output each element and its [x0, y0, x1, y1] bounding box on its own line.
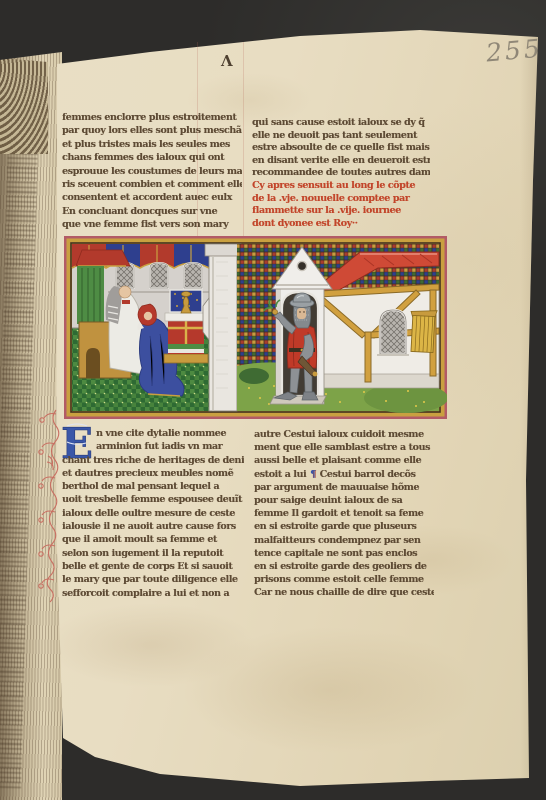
dividing-wall-buttress	[203, 244, 241, 411]
text-line: autre Cestui ialoux cuidoit mesme	[254, 428, 434, 441]
text-span: estoit a lui	[254, 469, 309, 480]
text-line: que vne femme fist vers son mary	[62, 218, 242, 231]
text-line: estoit a lui ¶ Cestui barrol decõs	[254, 468, 434, 481]
rubric-red-text: Cy apres sensuit au long le cõptede la .…	[252, 180, 430, 230]
text-line: femme Il gardoit et tenoit sa feme	[254, 507, 434, 520]
initial-penwork	[39, 410, 59, 602]
text-line: en disant verite elle en deueroit estre	[252, 155, 430, 168]
text-line: consentent et accordent auec eulx	[62, 191, 242, 204]
text-line: qui sans cause estoit ialoux se dy q̃	[252, 117, 430, 130]
text-span: Cestui barrol decõs	[317, 469, 416, 480]
folio-number: 255	[485, 34, 544, 68]
text-line: de la .vje. nouuelle comptee par	[252, 193, 430, 206]
rolled-page-edges	[0, 58, 48, 154]
text-line: Car ne nous chaille de dire que ceste	[254, 586, 434, 599]
miniature-illustration	[64, 236, 447, 419]
text-line: que il amoit moult sa femme et	[62, 533, 244, 546]
text-line: et plus tristes mais les seules mes	[62, 138, 242, 151]
text-line: le mary que par toute diligence elle	[62, 573, 244, 586]
text-line: esprouue les coustumes de leurs ma	[62, 165, 242, 178]
text-line: en si estroite garde des geoliers de	[254, 560, 434, 573]
text-line: sefforcoit complaire a lui et non a	[62, 587, 244, 600]
text-line: chans femmes des ialoux qui ont	[62, 151, 242, 164]
text-line: aussi belle et plaisant comme elle	[254, 454, 434, 467]
miniature-right-scene-husband	[237, 244, 447, 413]
quire-mark: Λ	[221, 52, 233, 70]
text-line: belle et gente de corps Et si sauoit	[62, 560, 244, 573]
text-line: En concluant doncques sur vne	[62, 205, 242, 218]
altar-with-chalice	[164, 290, 208, 363]
text-line: femmes enclorre plus estroitement	[62, 111, 242, 124]
text-line: flammette sur la .vije. iournee	[252, 205, 430, 218]
yellow-cage	[409, 309, 437, 352]
text-line: uoit tresbelle femme espousee deuĩt	[62, 493, 244, 506]
text-line: selon son iugement il la reputoit	[62, 547, 244, 560]
text-line: en si estroite garde que pluseurs	[254, 520, 434, 533]
manuscript-photo: 255 Λ femmes enclorre plus estroitementp…	[0, 0, 546, 800]
text-line: malfaitteurs condempnez par sen	[254, 534, 434, 547]
text-line: chant tres riche de heritages de deniers	[62, 454, 244, 467]
text-line: ialoux delle oultre mesure de ceste	[62, 507, 244, 520]
house-window	[377, 310, 409, 355]
text-column-bottom-right: autre Cestui ialoux cuidoit mesmement qu…	[254, 428, 434, 599]
text-line: n vne cite dytalie nommee	[96, 427, 244, 440]
text-line: arminion fut iadis vn mar	[96, 440, 244, 453]
ruling-line	[243, 42, 244, 240]
text-line: recommandee de toutes autres dames	[252, 167, 430, 180]
text-line: prisons comme estoit celle femme	[254, 573, 434, 586]
text-line: tence capitale ne sont pas enclos	[254, 547, 434, 560]
text-line: ialousie il ne auoit autre cause fors	[62, 520, 244, 533]
text-line: par quoy lors elles sont plus meschãs	[62, 124, 242, 137]
text-line: et dautres precieux meubles nomẽ	[62, 467, 244, 480]
miniature-left-scene-confession	[72, 244, 209, 411]
text-line: berthol de mal pensant lequel a	[62, 480, 244, 493]
text-line: par argument de mauuaise hõme	[254, 481, 434, 494]
text-column-top-right: qui sans cause estoit ialoux se dy q̃ell…	[252, 117, 430, 230]
text-line: ris sceuent combien et comment elles	[62, 178, 242, 191]
text-line: pour saige deuint ialoux de sa	[254, 494, 434, 507]
text-line: dont dyonee est Roy··	[252, 218, 430, 231]
text-column-top-left: femmes enclorre plus estroitementpar quo…	[62, 111, 242, 232]
text-line: ment que elle samblast estre a tous	[254, 441, 434, 454]
top-right-brown-text: qui sans cause estoit ialoux se dy q̃ell…	[252, 117, 430, 180]
text-column-bottom-left: n vne cite dytalie nommeearminion fut ia…	[62, 427, 244, 600]
text-line: elle ne deuoit pas tant seulement	[252, 130, 430, 143]
text-line: estre absoulte de ce quelle fist mais	[252, 142, 430, 155]
pilcrow-mark: ¶	[309, 469, 317, 480]
text-line: Cy apres sensuit au long le cõpte	[252, 180, 430, 193]
